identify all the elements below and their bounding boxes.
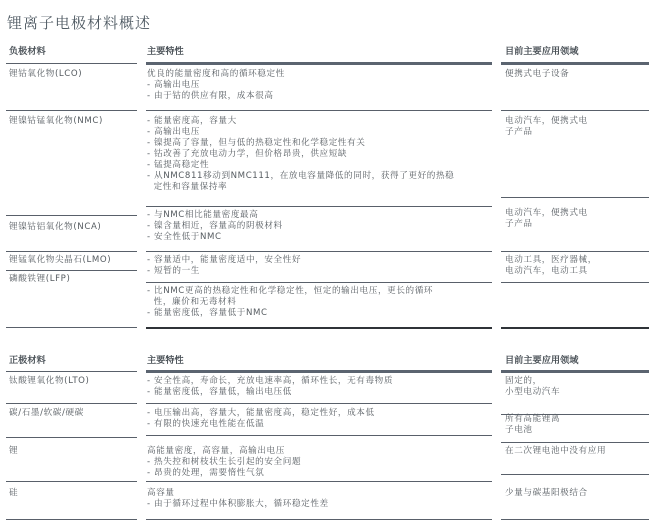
properties-cell: - 安全性高，寿命长，充放电速率高，循环性长，无有毒物质 - 能量密度低，容量低… xyxy=(147,376,487,398)
row-divider xyxy=(6,251,137,252)
application-line: 便携式电子设备 xyxy=(505,69,645,80)
property-line: 性，廉价和无毒材料 xyxy=(147,297,487,308)
row-divider xyxy=(501,327,649,329)
property-line: - 短暂的一生 xyxy=(147,266,487,277)
property-line: - 锰提高稳定性 xyxy=(147,160,487,171)
row-divider xyxy=(6,403,137,404)
property-line: - 安全性高，寿命长，充放电速率高，循环性长，无有毒物质 xyxy=(147,376,487,387)
header-applications: 目前主要应用领域 xyxy=(505,355,645,366)
header-applications: 目前主要应用领域 xyxy=(505,46,645,57)
property-line: - 比NMC更高的热稳定性和化学稳定性，恒定的输出电压，更长的循环 xyxy=(147,286,487,297)
row-divider xyxy=(6,437,137,438)
row-divider xyxy=(146,481,492,482)
application-line: 在二次锂电池中没有应用 xyxy=(505,446,645,457)
header-divider xyxy=(6,63,137,64)
application-line: 电动汽车，便携式电 xyxy=(505,116,645,127)
applications-cell: 电动汽车，便携式电 子产品 xyxy=(505,208,645,230)
row-divider xyxy=(501,251,649,252)
row-divider xyxy=(501,110,649,111)
header-divider xyxy=(6,371,137,372)
row-divider xyxy=(146,327,492,329)
material-name: 磷酸铁锂(LFP) xyxy=(9,274,134,285)
properties-cell: - 电压输出高，容量大，能量密度高，稳定性好，成本低 - 有限的快速充电性能在低… xyxy=(147,408,487,430)
row-divider xyxy=(146,206,492,207)
row-divider xyxy=(6,215,137,216)
property-line: 优良的能量密度和高的循环稳定性 xyxy=(147,69,487,80)
property-line: - 热失控和树枝状生长引起的安全问题 xyxy=(147,457,487,468)
properties-cell: - 比NMC更高的热稳定性和化学稳定性，恒定的输出电压，更长的循环 性，廉价和无… xyxy=(147,286,487,319)
applications-cell: 所有高能锂离 子电池 xyxy=(505,414,645,436)
properties-cell: 优良的能量密度和高的循环稳定性 - 高输出电压 - 由于钴的供应有限，成本很高 xyxy=(147,69,487,102)
row-divider xyxy=(501,442,649,443)
property-line: 高容量 xyxy=(147,488,487,499)
property-line: - 镍含量相近，容量高的阴极材料 xyxy=(147,221,487,232)
property-line: - 有限的快速充电性能在低温 xyxy=(147,419,487,430)
row-divider xyxy=(501,282,649,283)
material-name: 钛酸锂氧化物(LTO) xyxy=(9,376,134,387)
row-divider xyxy=(146,251,492,252)
material-name: 锂 xyxy=(9,446,134,457)
row-divider xyxy=(501,519,649,520)
row-divider xyxy=(146,519,492,520)
application-line: 电动汽车，电动工具 xyxy=(505,266,645,277)
application-line: 固定的， xyxy=(505,376,645,387)
property-line: - 镍提高了容量，但与低的热稳定性和化学稳定性有关 xyxy=(147,138,487,149)
row-divider xyxy=(146,435,492,436)
application-line: 电动工具，医疗器械， xyxy=(505,255,645,266)
property-line: 高能量密度，高容量，高输出电压 xyxy=(147,446,487,457)
header-divider xyxy=(501,62,649,65)
application-line: 所有高能锂离 xyxy=(505,414,645,425)
material-name: 锂镍钴铝氧化物(NCA) xyxy=(9,222,134,233)
property-line: - 容量适中，能量密度适中，安全性好 xyxy=(147,255,487,266)
application-line: 子电池 xyxy=(505,425,645,436)
property-line: 定性和容量保持率 xyxy=(147,182,487,193)
header-divider xyxy=(501,370,649,373)
property-line: - 钴改善了充放电动力学，但价格昂贵，供应短缺 xyxy=(147,149,487,160)
property-line: - 与NMC相比能量密度最高 xyxy=(147,210,487,221)
property-line: - 能量密度低，容量低于NMC xyxy=(147,308,487,319)
row-divider xyxy=(6,519,137,520)
row-divider xyxy=(146,282,492,283)
row-divider xyxy=(6,327,137,328)
row-divider xyxy=(501,474,649,475)
material-name: 硅 xyxy=(9,488,134,499)
property-line: - 从NMC811移动到NMC111，在放电容量降低的同时，获得了更好的热稳 xyxy=(147,171,487,182)
applications-cell: 电动工具，医疗器械， 电动汽车，电动工具 xyxy=(505,255,645,277)
material-name: 锂锰氧化物尖晶石(LMO) xyxy=(9,255,134,266)
applications-cell: 电动汽车，便携式电 子产品 xyxy=(505,116,645,138)
property-line: - 高输出电压 xyxy=(147,80,487,91)
application-line: 少量与碳基阳极结合 xyxy=(505,488,645,499)
property-line: - 由于循环过程中体积膨胀大，循环稳定性差 xyxy=(147,499,487,510)
property-line: - 高输出电压 xyxy=(147,127,487,138)
applications-cell: 便携式电子设备 xyxy=(505,69,645,80)
property-line: - 能量密度低，容量低，输出电压低 xyxy=(147,387,487,398)
header-material: 负极材料 xyxy=(9,46,134,57)
row-divider xyxy=(6,110,137,111)
material-name: 碳/石墨/软碳/硬碳 xyxy=(9,408,134,419)
row-divider xyxy=(6,481,137,482)
application-line: 电动汽车，便携式电 xyxy=(505,208,645,219)
header-divider xyxy=(146,62,492,65)
application-line: 子产品 xyxy=(505,127,645,138)
property-line: - 昂贵的处理，需要惰性气氛 xyxy=(147,468,487,479)
application-line: 子产品 xyxy=(505,219,645,230)
page-title: 锂离子电极材料概述 xyxy=(7,12,151,33)
properties-cell: 高能量密度，高容量，高输出电压 - 热失控和树枝状生长引起的安全问题 - 昂贵的… xyxy=(147,446,487,479)
header-properties: 主要特性 xyxy=(147,46,487,57)
row-divider xyxy=(146,403,492,404)
properties-cell: - 与NMC相比能量密度最高 - 镍含量相近，容量高的阴极材料 - 安全性低于N… xyxy=(147,210,487,243)
property-line: - 电压输出高，容量大，能量密度高，稳定性好，成本低 xyxy=(147,408,487,419)
row-divider xyxy=(6,270,137,271)
property-line: - 安全性低于NMC xyxy=(147,232,487,243)
properties-cell: 高容量 - 由于循环过程中体积膨胀大，循环稳定性差 xyxy=(147,488,487,510)
header-properties: 主要特性 xyxy=(147,355,487,366)
row-divider xyxy=(501,197,649,198)
applications-cell: 少量与碳基阳极结合 xyxy=(505,488,645,499)
header-material: 正极材料 xyxy=(9,355,134,366)
properties-cell: - 能量密度高，容量大 - 高输出电压 - 镍提高了容量，但与低的热稳定性和化学… xyxy=(147,116,487,193)
properties-cell: - 容量适中，能量密度适中，安全性好 - 短暂的一生 xyxy=(147,255,487,277)
row-divider xyxy=(146,110,492,111)
applications-cell: 固定的， 小型电动汽车 xyxy=(505,376,645,398)
applications-cell: 在二次锂电池中没有应用 xyxy=(505,446,645,457)
property-line: - 由于钴的供应有限，成本很高 xyxy=(147,91,487,102)
material-name: 锂钴氧化物(LCO) xyxy=(9,69,134,80)
header-divider xyxy=(146,370,492,373)
property-line: - 能量密度高，容量大 xyxy=(147,116,487,127)
material-name: 锂镍钴锰氧化物(NMC) xyxy=(9,116,134,127)
application-line: 小型电动汽车 xyxy=(505,387,645,398)
